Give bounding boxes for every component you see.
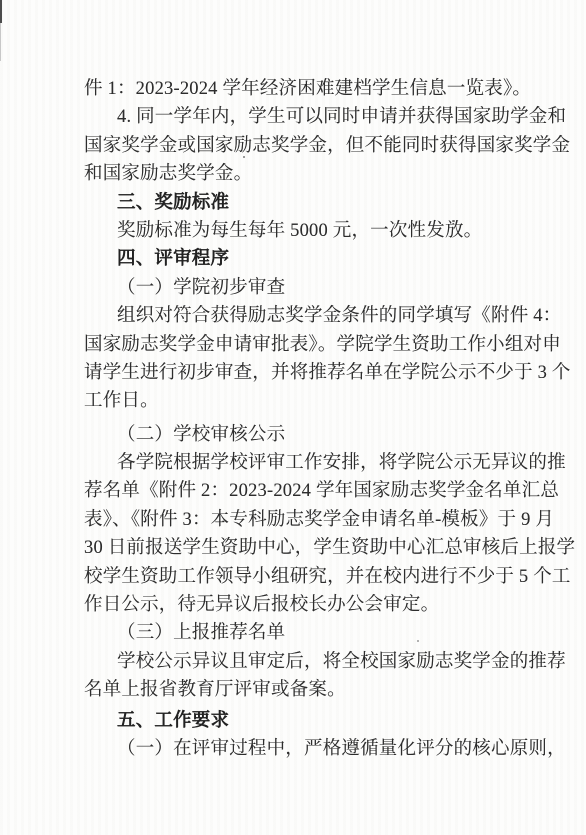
scan-edge-shadow [0,23,1,61]
subsection-heading-college-review: （一）学院初步审查 [84,274,525,302]
document-body: 件 1：2023-2024 学年经济困难建档学生信息一览表》。 4. 同一学年内… [84,75,525,763]
doc-line-school-audit-5: 校学生资助工作领导小组研究，并在校内进行不少于 5 个工 [84,563,525,591]
doc-line-school-audit-3: 表》、《附件 3：本专科励志奖学金申请名单-模板》于 9 月 [84,506,525,534]
section-heading-work-requirements: 五、工作要求 [84,707,525,735]
section-heading-reward-standard: 三、奖励标准 [84,189,525,217]
doc-line-school-audit-2: 荐名单《附件 2：2023-2024 学年国家励志奖学金名单汇总 [84,477,525,505]
doc-line-work-requirements-1: （一）在评审过程中，严格遵循量化评分的核心原则， [84,735,525,763]
doc-line-college-review-1: 组织对符合获得励志奖学金条件的同学填写《附件 4： [84,302,525,330]
scan-edge-mark [0,0,2,23]
subsection-heading-school-audit: （二）学校审核公示 [84,421,525,449]
subsection-heading-report-list: （三）上报推荐名单 [84,619,525,647]
doc-line-college-review-4: 工作日。 [84,387,525,415]
doc-line-school-audit-6: 作日公示，待无异议后报校长办公会审定。 [84,591,525,619]
doc-line-report-list-2: 名单上报省教育厅评审或备案。 [84,676,525,704]
document-page: 件 1：2023-2024 学年经济困难建档学生信息一览表》。 4. 同一学年内… [0,0,586,835]
doc-line-college-review-3: 请学生进行初步审查，并将推荐名单在学院公示不少于 3 个 [84,359,525,387]
doc-line-report-list-1: 学校公示异议且审定后，将全校国家励志奖学金的推荐 [84,648,525,676]
section-heading-review-procedure: 四、评审程序 [84,245,525,273]
doc-line-college-review-2: 国家励志奖学金申请审批表》。学院学生资助工作小组对申 [84,331,525,359]
doc-line-continuation: 件 1：2023-2024 学年经济困难建档学生信息一览表》。 [84,75,525,103]
doc-line-school-audit-4: 30 日前报送学生资助中心，学生资助中心汇总审核后上报学 [84,534,525,562]
doc-line-item-4: 4. 同一学年内，学生可以同时申请并获得国家助学金和 [84,103,525,131]
doc-line-item-4-cont: 国家奖学金或国家励志奖学金，但不能同时获得国家奖学金 [84,132,525,160]
doc-line-item-4-end: 和国家励志奖学金。 [84,160,525,188]
doc-line-reward-standard: 奖励标准为每生每年 5000 元，一次性发放。 [84,217,525,245]
doc-line-school-audit-1: 各学院根据学校评审工作安排，将学院公示无异议的推 [84,449,525,477]
